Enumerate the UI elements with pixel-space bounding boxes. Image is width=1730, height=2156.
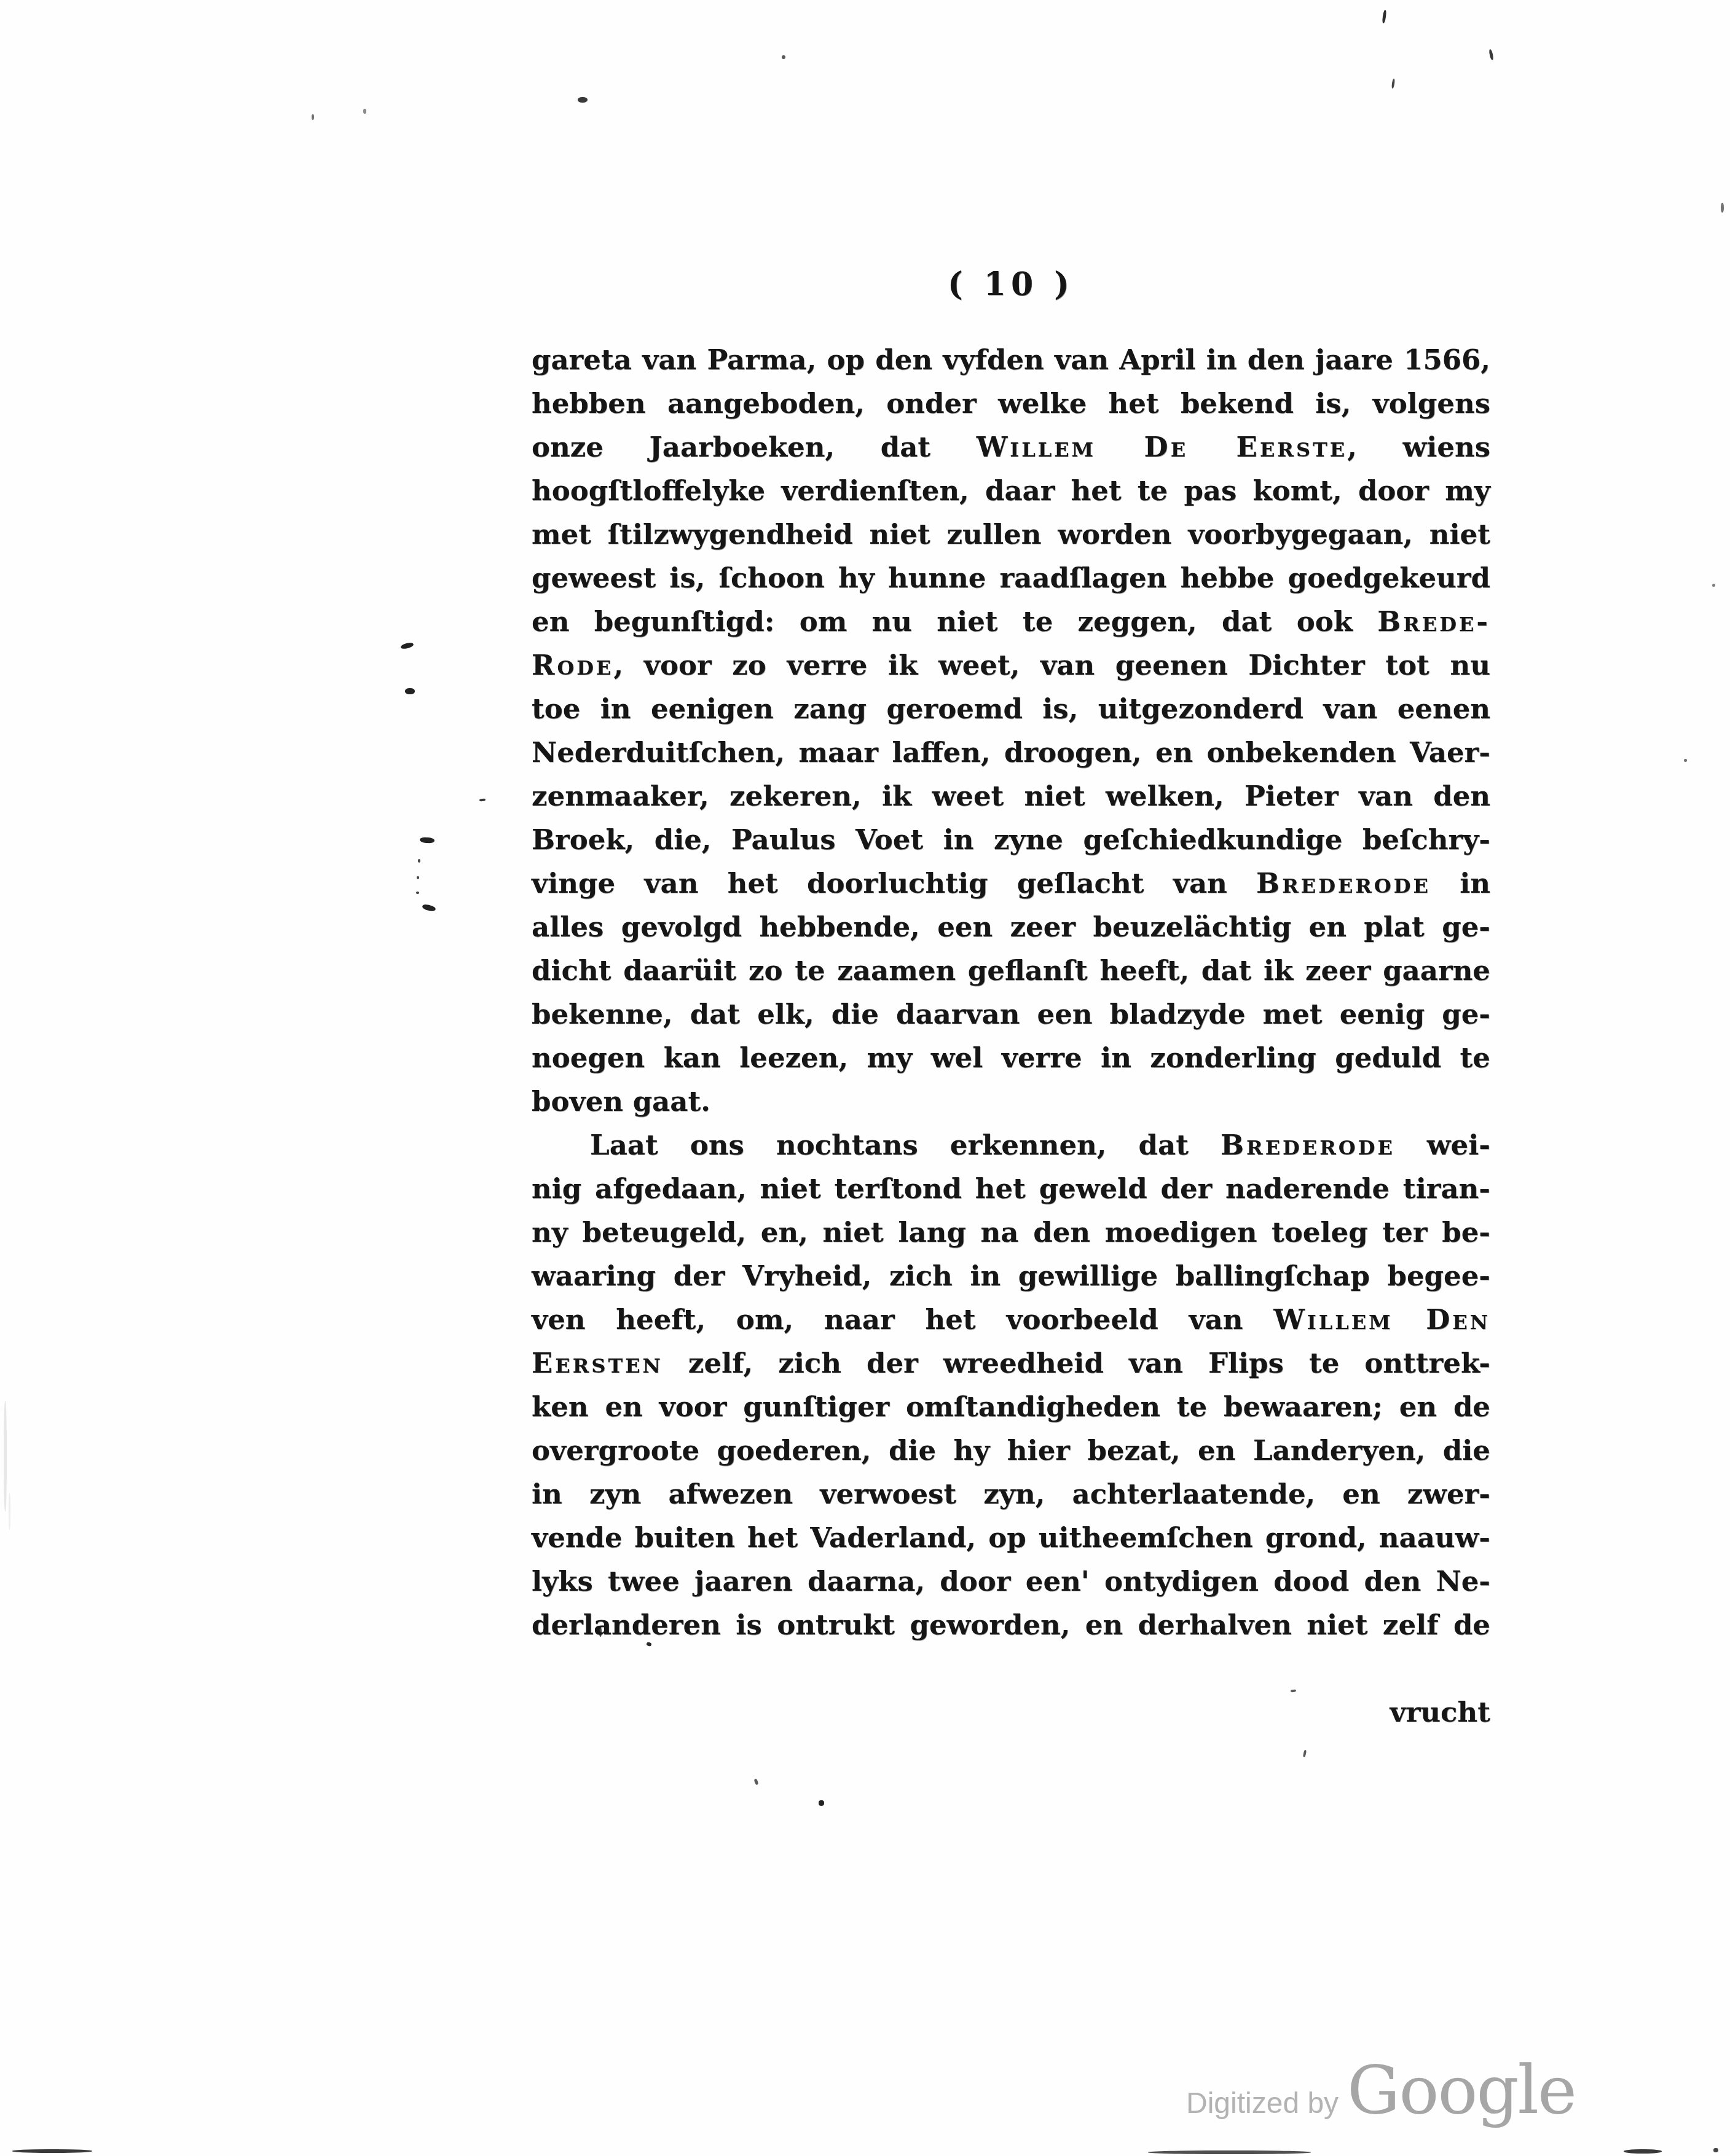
text-segment: in zyn afwezen verwoest zyn, achterlaate… — [532, 1478, 1490, 1510]
ink-speck — [1382, 10, 1386, 23]
ink-speck — [819, 1800, 824, 1806]
text-segment: alles gevolgd hebbende, een zeer beuzelä… — [532, 911, 1490, 943]
text-segment: boven gaat. — [532, 1085, 710, 1118]
text-line: alles gevolgd hebbende, een zeer beuzelä… — [532, 905, 1490, 949]
text-segment: zenmaaker, zekeren, ik weet niet welken,… — [532, 780, 1490, 812]
text-segment: overgroote goederen, die hy hier bezat, … — [532, 1434, 1490, 1467]
ink-speck — [479, 798, 486, 801]
ink-speck — [4, 1401, 7, 1511]
person-name-smallcaps: Eersten — [532, 1347, 663, 1379]
text-block: gareta van Parma, op den vyfden van Apri… — [532, 338, 1490, 1734]
text-segment: , voor zo verre ik weet, van geenen Dich… — [613, 649, 1490, 681]
text-line: boven gaat. — [532, 1080, 1490, 1123]
text-line: dicht daarüit zo te zaamen geflanſt heef… — [532, 949, 1490, 992]
ink-speck — [422, 903, 436, 912]
book-page-scan: ( 10 ) gareta van Parma, op den vyfden v… — [0, 0, 1730, 2156]
text-line: hebben aangeboden, onder welke het beken… — [532, 382, 1490, 425]
ink-speck — [12, 2149, 92, 2153]
text-line: ken en voor gunſtiger omſtandigheden te … — [532, 1385, 1490, 1429]
ink-speck — [1721, 203, 1724, 213]
ink-speck — [405, 688, 415, 694]
ink-speck — [782, 55, 785, 59]
text-line: waaring der Vryheid, zich in gewillige b… — [532, 1254, 1490, 1298]
text-segment: vende buiten het Vaderland, op uitheemſc… — [532, 1521, 1490, 1554]
text-segment: waaring der Vryheid, zich in gewillige b… — [532, 1260, 1490, 1292]
text-line: vinge van het doorluchtig geſlacht van B… — [532, 861, 1490, 905]
ink-speck — [363, 109, 366, 114]
text-segment: ken en voor gunſtiger omſtandigheden te … — [532, 1390, 1490, 1423]
person-name-smallcaps: Brede- — [1377, 605, 1490, 638]
ink-speck — [1148, 2150, 1311, 2154]
text-segment: derlanderen is ontrukt geworden, en derh… — [532, 1609, 1490, 1641]
ink-speck — [1713, 2148, 1718, 2152]
google-logo: Google — [1347, 2052, 1576, 2129]
text-segment: onze Jaarboeken, dat — [532, 431, 977, 463]
text-segment: ny beteugeld, en, niet lang na den moedi… — [532, 1216, 1490, 1249]
ink-speck — [417, 876, 419, 879]
text-segment: , wiens — [1347, 431, 1490, 463]
text-line: bekenne, dat elk, die daarvan een bladzy… — [532, 992, 1490, 1036]
text-segment: zelf, zich der wreedheid van Flips te on… — [663, 1347, 1490, 1379]
text-segment: vrucht — [1390, 1696, 1490, 1728]
text-line: noegen kan leezen, my wel verre in zonde… — [532, 1036, 1490, 1080]
text-segment: wei- — [1395, 1129, 1490, 1161]
ink-speck — [1488, 49, 1494, 61]
text-line: overgroote goederen, die hy hier bezat, … — [532, 1429, 1490, 1472]
ink-speck — [1712, 584, 1715, 587]
text-line: geweest is, ſchoon hy hunne raadſlagen h… — [532, 556, 1490, 600]
ink-speck — [1684, 759, 1687, 762]
text-line: in zyn afwezen verwoest zyn, achterlaate… — [532, 1472, 1490, 1516]
text-line: ven heeft, om, naar het voorbeeld van Wi… — [532, 1298, 1490, 1341]
text-segment: ven heeft, om, naar het voorbeeld van — [532, 1303, 1273, 1336]
text-line: ny beteugeld, en, niet lang na den moedi… — [532, 1210, 1490, 1254]
ink-speck — [1624, 2149, 1662, 2154]
ink-speck — [599, 1627, 602, 1637]
ink-speck — [400, 642, 414, 650]
ink-speck — [312, 114, 314, 120]
watermark-prefix-label: Digitized by — [1186, 2087, 1339, 2120]
text-segment: nig afgedaan, niet terſtond het geweld d… — [532, 1172, 1490, 1205]
text-segment: vinge van het doorluchtig geſlacht van — [532, 867, 1256, 900]
ink-speck — [416, 892, 419, 894]
page-number: ( 10 ) — [532, 265, 1490, 303]
text-segment: in — [1431, 867, 1490, 900]
text-segment: hoogſtloffelyke verdienſten, daar het te… — [532, 474, 1490, 507]
text-segment: met ſtilzwygendheid niet zullen worden v… — [532, 518, 1490, 551]
person-name-smallcaps: Willem Den — [1273, 1303, 1490, 1336]
catchword: vrucht — [532, 1690, 1490, 1734]
text-line: hoogſtloffelyke verdienſten, daar het te… — [532, 469, 1490, 512]
ink-speck — [753, 1778, 758, 1785]
text-line: onze Jaarboeken, dat Willem De Eerste, w… — [532, 425, 1490, 469]
ink-speck — [9, 1493, 10, 1530]
person-name-smallcaps: Rode — [532, 649, 613, 681]
text-line: Laat ons nochtans erkennen, dat Brederod… — [532, 1123, 1490, 1167]
text-segment: Broek, die, Paulus Voet in zyne geſchied… — [532, 823, 1490, 856]
text-segment: Laat ons nochtans erkennen, dat — [590, 1129, 1221, 1161]
text-line: zenmaaker, zekeren, ik weet niet welken,… — [532, 774, 1490, 818]
text-segment: geweest is, ſchoon hy hunne raadſlagen h… — [532, 562, 1490, 594]
text-line: Nederduitſchen, maar laffen, droogen, en… — [532, 731, 1490, 774]
person-name-smallcaps: Brederode — [1221, 1129, 1395, 1161]
text-line: Eersten zelf, zich der wreedheid van Fli… — [532, 1341, 1490, 1385]
text-segment: bekenne, dat elk, die daarvan een bladzy… — [532, 998, 1490, 1030]
text-line: lyks twee jaaren daarna, door een' ontyd… — [532, 1559, 1490, 1603]
ink-speck — [420, 837, 435, 844]
text-segment: Nederduitſchen, maar laffen, droogen, en… — [532, 736, 1490, 769]
text-line: Broek, die, Paulus Voet in zyne geſchied… — [532, 818, 1490, 861]
text-segment: gareta van Parma, op den vyfden van Apri… — [532, 343, 1490, 376]
ink-speck — [578, 97, 588, 103]
text-line: met ſtilzwygendheid niet zullen worden v… — [532, 512, 1490, 556]
ink-speck — [418, 859, 420, 863]
text-segment: en begunſtigd: om nu niet te zeggen, dat… — [532, 605, 1377, 638]
text-line: vende buiten het Vaderland, op uitheemſc… — [532, 1516, 1490, 1559]
text-segment: lyks twee jaaren daarna, door een' ontyd… — [532, 1565, 1490, 1597]
text-segment: dicht daarüit zo te zaamen geflanſt heef… — [532, 954, 1490, 987]
text-segment: hebben aangeboden, onder welke het beken… — [532, 387, 1490, 420]
text-segment: toe in eenigen zang geroemd is, uitgezon… — [532, 692, 1490, 725]
text-line: toe in eenigen zang geroemd is, uitgezon… — [532, 687, 1490, 731]
person-name-smallcaps: Brederode — [1256, 867, 1431, 900]
ink-speck — [1303, 1750, 1307, 1758]
text-line: nig afgedaan, niet terſtond het geweld d… — [532, 1167, 1490, 1210]
ink-speck — [1391, 79, 1395, 88]
watermark: Digitized by Google — [1186, 2052, 1576, 2129]
text-line: Rode, voor zo verre ik weet, van geenen … — [532, 643, 1490, 687]
person-name-smallcaps: Willem De Eerste — [977, 431, 1348, 463]
text-segment: noegen kan leezen, my wel verre in zonde… — [532, 1041, 1490, 1074]
text-line: derlanderen is ontrukt geworden, en derh… — [532, 1603, 1490, 1647]
text-line: en begunſtigd: om nu niet te zeggen, dat… — [532, 600, 1490, 643]
text-line: gareta van Parma, op den vyfden van Apri… — [532, 338, 1490, 382]
